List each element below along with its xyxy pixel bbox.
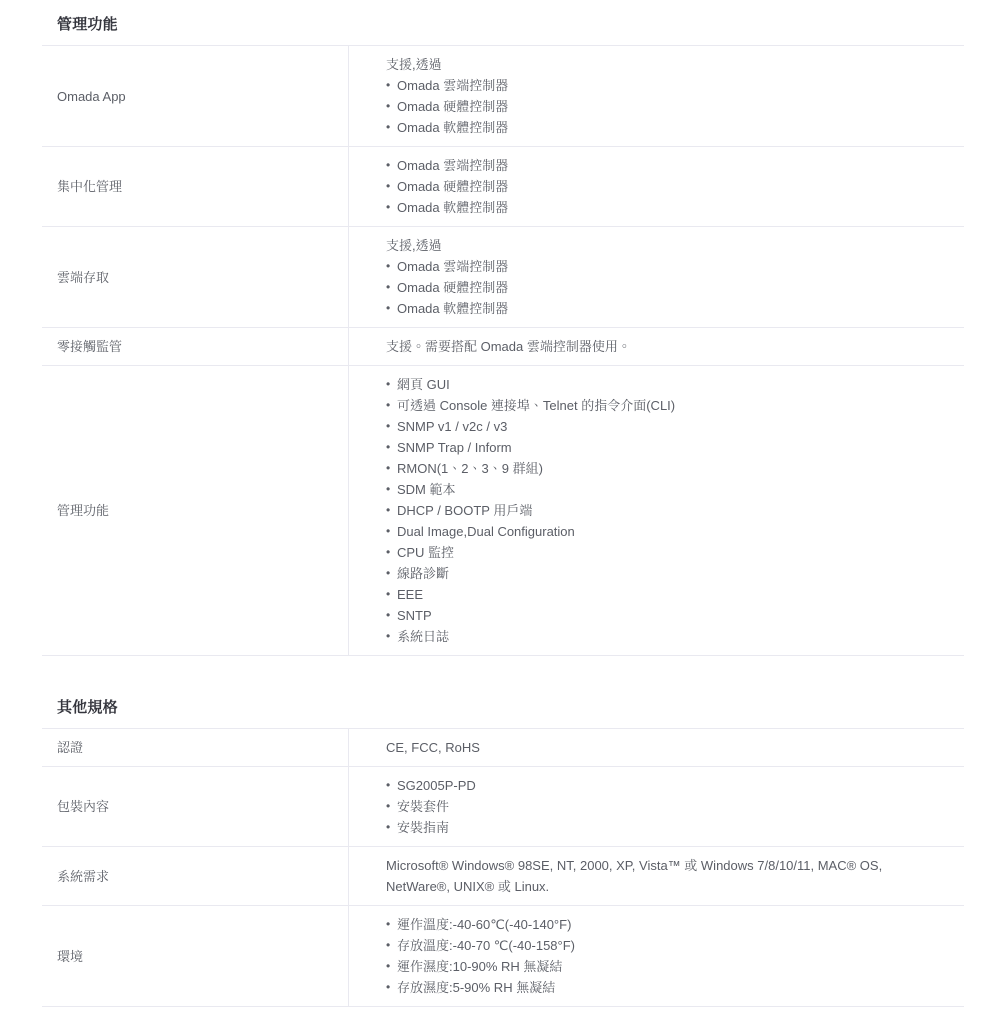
bullet-item-text: Omada 硬體控制器	[397, 96, 940, 117]
bullet-item: •運作溫度:-40-60℃(-40-140°F)	[386, 914, 940, 935]
row-value: •運作溫度:-40-60℃(-40-140°F)•存放溫度:-40-70 ℃(-…	[348, 906, 964, 1006]
bullet-item-text: SNMP Trap / Inform	[397, 437, 940, 458]
bullet-item-text: Omada 硬體控制器	[397, 176, 940, 197]
bullet-item-text: Omada 雲端控制器	[397, 256, 940, 277]
bullet-icon: •	[386, 521, 397, 542]
row-label: 集中化管理	[42, 147, 348, 226]
spec-table: Omada App支援,透過•Omada 雲端控制器•Omada 硬體控制器•O…	[42, 45, 964, 656]
bullet-item: •Omada 硬體控制器	[386, 176, 940, 197]
bullet-icon: •	[386, 584, 397, 605]
bullet-item-text: Omada 軟體控制器	[397, 298, 940, 319]
bullet-item: •RMON(1、2、3、9 群組)	[386, 458, 940, 479]
bullet-item: •存放濕度:5-90% RH 無凝結	[386, 977, 940, 998]
bullet-icon: •	[386, 479, 397, 500]
row-value: 支援。需要搭配 Omada 雲端控制器使用。	[348, 328, 964, 365]
bullet-item: •存放溫度:-40-70 ℃(-40-158°F)	[386, 935, 940, 956]
bullet-item: •DHCP / BOOTP 用戶端	[386, 500, 940, 521]
table-row: 零接觸監管支援。需要搭配 Omada 雲端控制器使用。	[42, 328, 964, 366]
bullet-item-text: 存放溫度:-40-70 ℃(-40-158°F)	[397, 935, 940, 956]
bullet-item: •SNMP Trap / Inform	[386, 437, 940, 458]
bullet-item: •安裝指南	[386, 817, 940, 838]
bullet-item-text: Omada 軟體控制器	[397, 197, 940, 218]
bullet-item-text: Omada 硬體控制器	[397, 277, 940, 298]
bullet-icon: •	[386, 176, 397, 197]
bullet-item-text: 運作溫度:-40-60℃(-40-140°F)	[397, 914, 940, 935]
bullet-item-text: 安裝指南	[397, 817, 940, 838]
row-value: Microsoft® Windows® 98SE, NT, 2000, XP, …	[348, 847, 964, 905]
bullet-item: •線路診斷	[386, 563, 940, 584]
section-title: 其他規格	[42, 656, 964, 728]
row-label: 零接觸監管	[42, 328, 348, 365]
bullet-icon: •	[386, 277, 397, 298]
bullet-icon: •	[386, 374, 397, 395]
value-text: CE, FCC, RoHS	[386, 737, 940, 758]
bullet-item: •SDM 範本	[386, 479, 940, 500]
section-title: 管理功能	[42, 0, 964, 45]
row-label: 認證	[42, 729, 348, 766]
bullet-icon: •	[386, 500, 397, 521]
bullet-item: •Omada 雲端控制器	[386, 75, 940, 96]
bullet-icon: •	[386, 977, 397, 998]
bullet-icon: •	[386, 256, 397, 277]
spec-section: 管理功能Omada App支援,透過•Omada 雲端控制器•Omada 硬體控…	[42, 0, 964, 656]
bullet-item: •Omada 硬體控制器	[386, 277, 940, 298]
bullet-icon: •	[386, 563, 397, 584]
bullet-icon: •	[386, 458, 397, 479]
value-text: Microsoft® Windows® 98SE, NT, 2000, XP, …	[386, 855, 940, 897]
bullet-item: •Omada 雲端控制器	[386, 256, 940, 277]
bullet-item-text: DHCP / BOOTP 用戶端	[397, 500, 940, 521]
bullet-icon: •	[386, 155, 397, 176]
bullet-item-text: SG2005P-PD	[397, 775, 940, 796]
bullet-item-text: 安裝套件	[397, 796, 940, 817]
table-row: Omada App支援,透過•Omada 雲端控制器•Omada 硬體控制器•O…	[42, 46, 964, 147]
bullet-icon: •	[386, 956, 397, 977]
table-row: 雲端存取支援,透過•Omada 雲端控制器•Omada 硬體控制器•Omada …	[42, 227, 964, 328]
bullet-item: •網頁 GUI	[386, 374, 940, 395]
row-value: •網頁 GUI•可透過 Console 連接埠、Telnet 的指令介面(CLI…	[348, 366, 964, 655]
bullet-item: •Dual Image,Dual Configuration	[386, 521, 940, 542]
table-row: 集中化管理•Omada 雲端控制器•Omada 硬體控制器•Omada 軟體控制…	[42, 147, 964, 227]
row-value: 支援,透過•Omada 雲端控制器•Omada 硬體控制器•Omada 軟體控制…	[348, 227, 964, 327]
bullet-item-text: Omada 軟體控制器	[397, 117, 940, 138]
table-row: 包裝內容•SG2005P-PD•安裝套件•安裝指南	[42, 767, 964, 847]
bullet-icon: •	[386, 117, 397, 138]
bullet-icon: •	[386, 914, 397, 935]
bullet-icon: •	[386, 605, 397, 626]
row-label: 環境	[42, 906, 348, 1006]
bullet-icon: •	[386, 298, 397, 319]
bullet-item: •可透過 Console 連接埠、Telnet 的指令介面(CLI)	[386, 395, 940, 416]
bullet-item: •系統日誌	[386, 626, 940, 647]
bullet-item: •安裝套件	[386, 796, 940, 817]
table-row: 管理功能•網頁 GUI•可透過 Console 連接埠、Telnet 的指令介面…	[42, 366, 964, 656]
bullet-item-text: 系統日誌	[397, 626, 940, 647]
bullet-icon: •	[386, 75, 397, 96]
value-text: 支援。需要搭配 Omada 雲端控制器使用。	[386, 336, 940, 357]
row-label: 系統需求	[42, 847, 348, 905]
bullet-item-text: SNMP v1 / v2c / v3	[397, 416, 940, 437]
spec-section: 其他規格認證CE, FCC, RoHS包裝內容•SG2005P-PD•安裝套件•…	[42, 656, 964, 1007]
table-row: 認證CE, FCC, RoHS	[42, 729, 964, 767]
table-row: 環境•運作溫度:-40-60℃(-40-140°F)•存放溫度:-40-70 ℃…	[42, 906, 964, 1007]
bullet-item: •SNMP v1 / v2c / v3	[386, 416, 940, 437]
bullet-icon: •	[386, 416, 397, 437]
bullet-icon: •	[386, 775, 397, 796]
spec-page: 管理功能Omada App支援,透過•Omada 雲端控制器•Omada 硬體控…	[0, 0, 1000, 1013]
bullet-icon: •	[386, 626, 397, 647]
bullet-item: •Omada 軟體控制器	[386, 117, 940, 138]
row-value: 支援,透過•Omada 雲端控制器•Omada 硬體控制器•Omada 軟體控制…	[348, 46, 964, 146]
bullet-icon: •	[386, 935, 397, 956]
bullet-item: •SG2005P-PD	[386, 775, 940, 796]
bullet-item-text: RMON(1、2、3、9 群組)	[397, 458, 940, 479]
row-value: •SG2005P-PD•安裝套件•安裝指南	[348, 767, 964, 846]
bullet-item: •EEE	[386, 584, 940, 605]
bullet-item: •Omada 硬體控制器	[386, 96, 940, 117]
bullet-item-text: 網頁 GUI	[397, 374, 940, 395]
bullet-item: •Omada 軟體控制器	[386, 298, 940, 319]
row-value: CE, FCC, RoHS	[348, 729, 964, 766]
bullet-item-text: 運作濕度:10-90% RH 無凝結	[397, 956, 940, 977]
bullet-item-text: SNTP	[397, 605, 940, 626]
bullet-icon: •	[386, 437, 397, 458]
bullet-item: •CPU 監控	[386, 542, 940, 563]
bullet-item-text: 存放濕度:5-90% RH 無凝結	[397, 977, 940, 998]
table-row: 系統需求Microsoft® Windows® 98SE, NT, 2000, …	[42, 847, 964, 906]
bullet-icon: •	[386, 197, 397, 218]
bullet-item-text: 可透過 Console 連接埠、Telnet 的指令介面(CLI)	[397, 395, 940, 416]
bullet-item-text: EEE	[397, 584, 940, 605]
bullet-item-text: Omada 雲端控制器	[397, 75, 940, 96]
bullet-item-text: Omada 雲端控制器	[397, 155, 940, 176]
bullet-icon: •	[386, 542, 397, 563]
value-intro: 支援,透過	[386, 235, 940, 256]
row-label: 包裝內容	[42, 767, 348, 846]
bullet-icon: •	[386, 96, 397, 117]
bullet-item: •Omada 雲端控制器	[386, 155, 940, 176]
bullet-icon: •	[386, 796, 397, 817]
spec-table: 認證CE, FCC, RoHS包裝內容•SG2005P-PD•安裝套件•安裝指南…	[42, 728, 964, 1007]
row-label: Omada App	[42, 46, 348, 146]
bullet-icon: •	[386, 817, 397, 838]
bullet-item: •Omada 軟體控制器	[386, 197, 940, 218]
row-value: •Omada 雲端控制器•Omada 硬體控制器•Omada 軟體控制器	[348, 147, 964, 226]
value-intro: 支援,透過	[386, 54, 940, 75]
bullet-item-text: CPU 監控	[397, 542, 940, 563]
bullet-item-text: Dual Image,Dual Configuration	[397, 521, 940, 542]
bullet-item: •運作濕度:10-90% RH 無凝結	[386, 956, 940, 977]
bullet-item: •SNTP	[386, 605, 940, 626]
row-label: 管理功能	[42, 366, 348, 655]
bullet-item-text: 線路診斷	[397, 563, 940, 584]
row-label: 雲端存取	[42, 227, 348, 327]
bullet-icon: •	[386, 395, 397, 416]
bullet-item-text: SDM 範本	[397, 479, 940, 500]
